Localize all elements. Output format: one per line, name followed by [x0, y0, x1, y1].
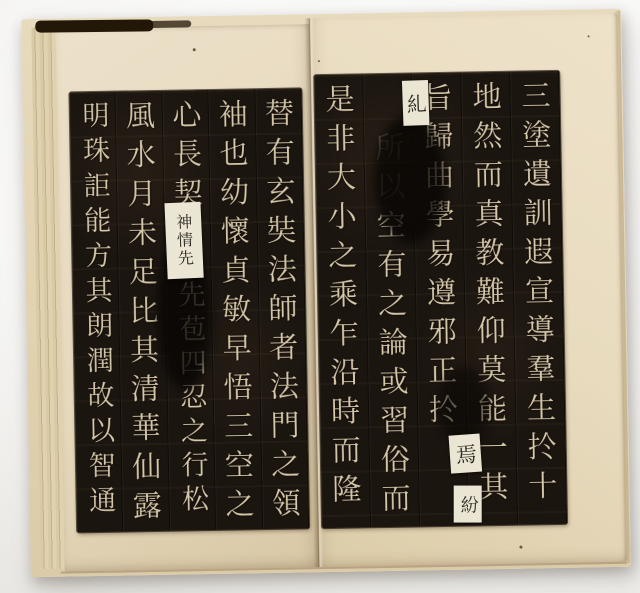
photo-background: 替有玄奘法師者法門之領 袖也幼懷貞敏早悟三空之 心長契先苞四忍之行松 風水月未足… [0, 0, 640, 593]
column-r5-text: 是非大小之乘乍沿時而隆 [318, 83, 367, 528]
column-r1-text: 三塗遺訓遐宣導羣生扵十 [514, 80, 563, 525]
column-l1: 替有玄奘法師者法門之領 [255, 88, 309, 529]
column-l1-text: 替有玄奘法師者法門之領 [258, 97, 307, 529]
repair-slip-yan: 焉 [449, 434, 483, 474]
paper-speck [519, 546, 522, 549]
spine-edge [139, 20, 191, 28]
column-l5: 明珠詎能方其朗潤故以智通 [69, 92, 123, 533]
column-l2-text: 袖也幼懷貞敏早悟三空之 [211, 98, 260, 530]
column-r5: 是非大小之乘乍沿時而隆 [314, 74, 371, 528]
paper-speck [318, 60, 320, 62]
column-r1: 三塗遺訓遐宣導羣生扵十 [510, 71, 567, 525]
column-l5-text: 明珠詎能方其朗潤故以智通 [73, 101, 120, 533]
book: 替有玄奘法師者法門之領 袖也幼懷貞敏早悟三空之 心長契先苞四忍之行松 風水月未足… [21, 9, 631, 577]
column-l2: 袖也幼懷貞敏早悟三空之 [209, 89, 263, 530]
repair-slip-jiu: 糺 [402, 80, 430, 126]
left-rubbing: 替有玄奘法師者法門之領 袖也幼懷貞敏早悟三空之 心長契先苞四忍之行松 風水月未足… [69, 88, 309, 532]
repair-slip-shenqingxian: 神情先 [164, 202, 203, 279]
spine-edge [35, 19, 153, 32]
paper-speck [193, 48, 196, 51]
column-l3-top: 心長契 [168, 99, 204, 217]
column-r4-main: 空有之論或習俗而 [373, 210, 412, 523]
right-rubbing: 三塗遺訓遐宣導羣生扵十 地然而真教難仰莫能一其 旨歸曲學易遵邪正扵 所以空有之論… [314, 71, 567, 528]
paper-speck [588, 35, 590, 37]
repair-slip-fen: 紛 [454, 486, 482, 523]
